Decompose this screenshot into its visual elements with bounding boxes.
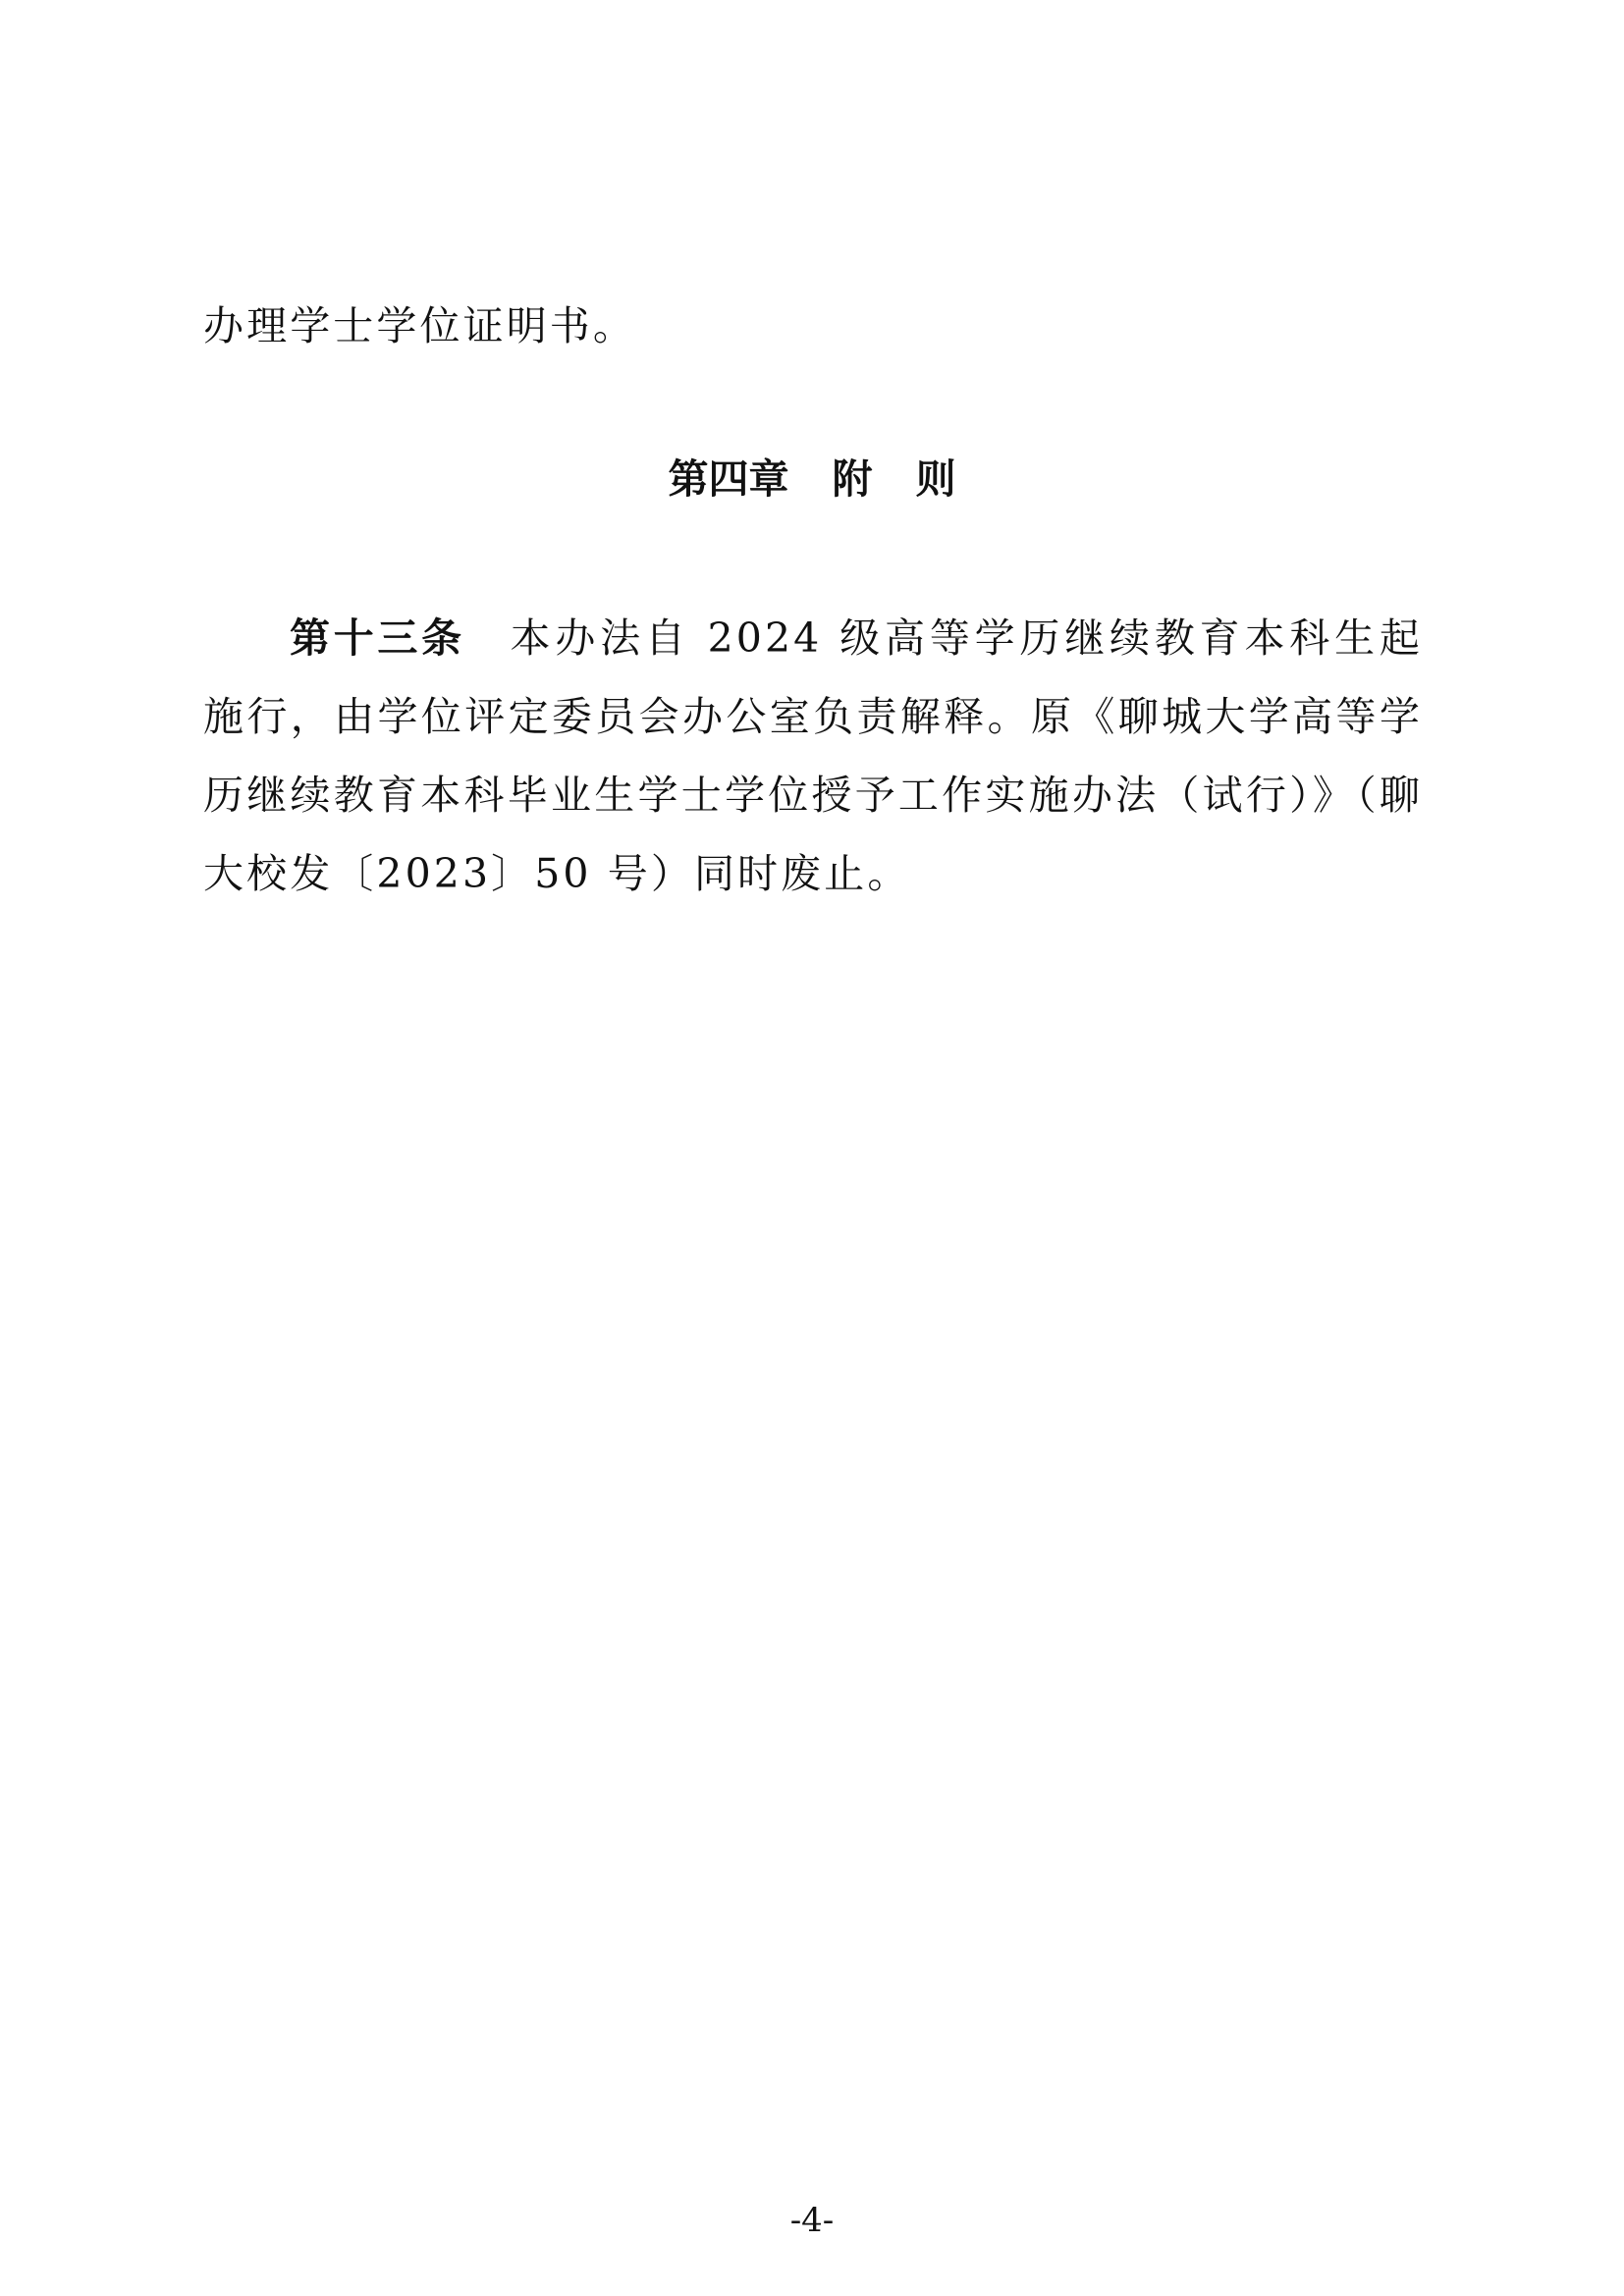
chapter-number: 第四章 [669, 455, 789, 503]
chapter-heading: 第四章附则 [0, 450, 1624, 508]
document-page: 办理学士学位证明书。 第四章附则 第十三条本办法自 2024 级高等学历继续教育… [0, 0, 1624, 2296]
chapter-title-part-1: 附 [833, 455, 873, 503]
article-label: 第十三条 [290, 614, 465, 662]
chapter-title-part-2: 则 [916, 455, 956, 503]
article-13-paragraph: 第十三条本办法自 2024 级高等学历继续教育本科生起施行，由学位评定委员会办公… [203, 599, 1423, 913]
continuation-paragraph: 办理学士学位证明书。 [203, 287, 1423, 365]
page-number: -4- [0, 2201, 1624, 2240]
